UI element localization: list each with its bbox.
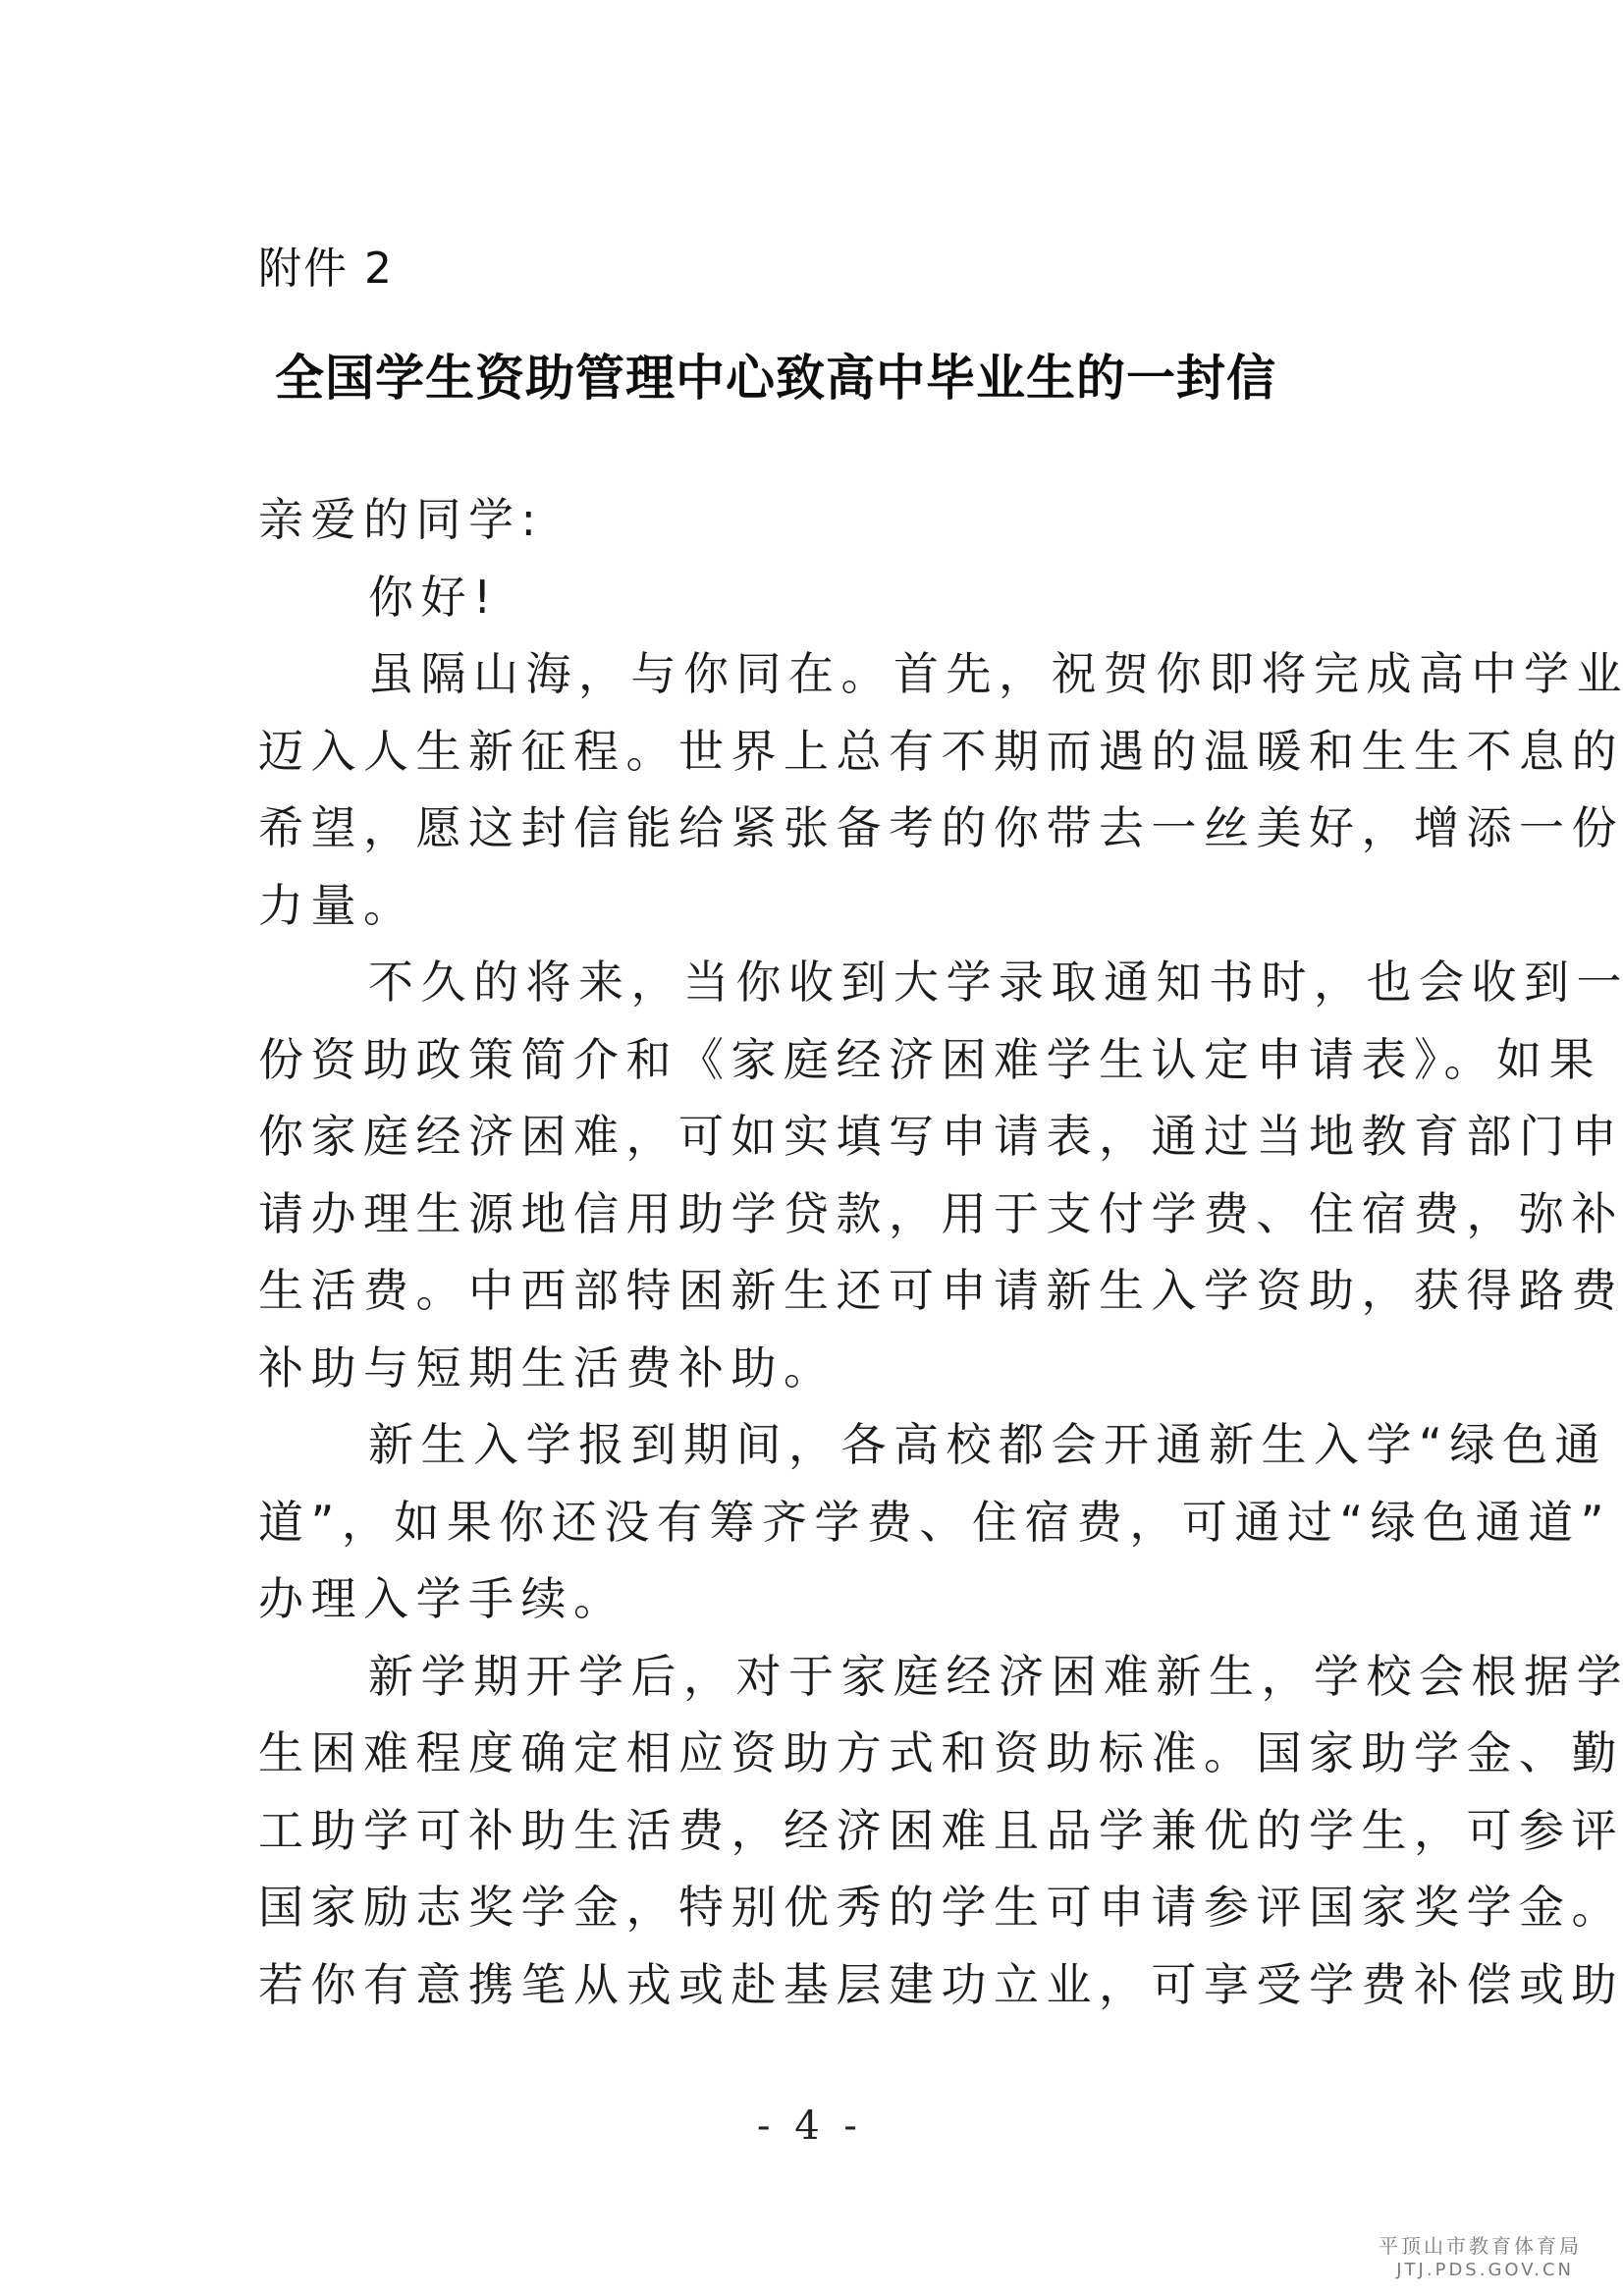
paragraph-4-line: 若你有意携笔从戎或赴基层建功立业，可享受学费补偿或助 [258,1946,1427,2024]
paragraph-4-line: 国家励志奖学金，特别优秀的学生可申请参评国家奖学金。 [258,1869,1427,1946]
paragraph-3-line: 新生入学报到期间，各高校都会开通新生入学“绿色通 [258,1406,1427,1484]
paragraph-4-line: 生困难程度确定相应资助方式和资助标准。国家助学金、勤 [258,1715,1427,1792]
paragraph-3-line: 办理入学手续。 [258,1560,1427,1638]
paragraph-4-line: 新学期开学后，对于家庭经济困难新生，学校会根据学 [258,1638,1427,1716]
paragraph-1-line: 希望，愿这封信能给紧张备考的你带去一丝美好，增添一份 [258,790,1427,867]
document-page: 附件 2 全国学生资助管理中心致高中毕业生的一封信 亲爱的同学: 你好! 虽隔山… [0,0,1623,2296]
document-title: 全国学生资助管理中心致高中毕业生的一封信 [275,346,1365,410]
greeting: 你好! [258,559,1427,636]
paragraph-2-line: 不久的将来，当你收到大学录取通知书时，也会收到一 [258,944,1427,1021]
paragraph-4-line: 工助学可补助生活费，经济困难且品学兼优的学生，可参评 [258,1792,1427,1870]
letter-body: 亲爱的同学: 你好! 虽隔山海，与你同在。首先，祝贺你即将完成高中学业， 迈入人… [258,481,1427,2023]
page-number: - 4 - [731,2102,889,2151]
paragraph-2-line: 补助与短期生活费补助。 [258,1330,1427,1407]
paragraph-2-line: 份资助政策简介和《家庭经济困难学生认定申请表》。如果 [258,1021,1427,1099]
paragraph-1-line: 力量。 [258,867,1427,945]
paragraph-2-line: 请办理生源地信用助学贷款，用于支付学费、住宿费，弥补 [258,1175,1427,1253]
paragraph-3-line: 道”，如果你还没有筹齐学费、住宿费，可通过“绿色通道” [258,1484,1427,1561]
paragraph-2-line: 你家庭经济困难，可如实填写申请表，通过当地教育部门申 [258,1098,1427,1175]
watermark-org-name: 平顶山市教育体育局 [1379,2233,1582,2259]
salutation: 亲爱的同学: [258,481,1427,559]
watermark-site: JTJ.PDS.GOV.CN [1379,2259,1582,2282]
attachment-label: 附件 2 [258,242,394,297]
paragraph-1-line: 虽隔山海，与你同在。首先，祝贺你即将完成高中学业， [258,635,1427,713]
paragraph-1-line: 迈入人生新征程。世界上总有不期而遇的温暖和生生不息的 [258,713,1427,791]
watermark: 平顶山市教育体育局 JTJ.PDS.GOV.CN [1379,2233,1582,2282]
paragraph-2-line: 生活费。中西部特困新生还可申请新生入学资助，获得路费 [258,1252,1427,1330]
